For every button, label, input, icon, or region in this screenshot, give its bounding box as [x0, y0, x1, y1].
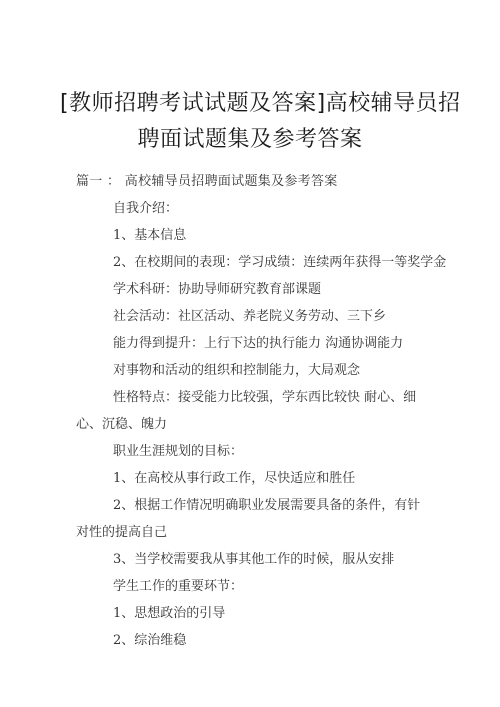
paragraph: 2、综治维稳 — [76, 627, 426, 654]
paragraph: 社会活动：社区活动、养老院义务劳动、三下乡 — [76, 303, 426, 330]
paragraph: 学生工作的重要环节： — [76, 573, 426, 600]
paragraph: 对事物和活动的组织和控制能力，大局观念 — [76, 357, 426, 384]
section-heading: 篇一 ： 高校辅导员招聘面试题集及参考答案 — [76, 168, 426, 195]
paragraph: 1、思想政治的引导 — [76, 600, 426, 627]
document-body: 篇一 ： 高校辅导员招聘面试题集及参考答案 自我介绍： 1、基本信息 2、在校期… — [76, 168, 426, 654]
paragraph: 2、在校期间的表现：学习成绩：连续两年获得一等奖学金 — [76, 249, 426, 276]
paragraph: 性格特点：接受能力比较强，学东西比较快 耐心、细心、沉稳、魄力 — [76, 384, 426, 438]
paragraph: 职业生涯规划的目标： — [76, 438, 426, 465]
document-page: [教师招聘考试试题及答案]高校辅导员招 聘面试题集及参考答案 篇一 ： 高校辅导… — [0, 0, 500, 707]
paragraph: 2、根据工作情况明确职业发展需要具备的条件，有针对性的提高自己 — [76, 492, 426, 546]
paragraph: 3、当学校需要我从事其他工作的时候，服从安排 — [76, 546, 426, 573]
paragraph: 自我介绍： — [76, 195, 426, 222]
paragraph: 1、在高校从事行政工作，尽快适应和胜任 — [76, 465, 426, 492]
title-line-2: 聘面试题集及参考答案 — [60, 122, 440, 158]
title-line-1: [教师招聘考试试题及答案]高校辅导员招 — [60, 86, 440, 122]
paragraph: 学术科研：协助导师研究教育部课题 — [76, 276, 426, 303]
paragraph: 1、基本信息 — [76, 222, 426, 249]
paragraph: 能力得到提升：上行下达的执行能力 沟通协调能力 — [76, 330, 426, 357]
document-title: [教师招聘考试试题及答案]高校辅导员招 聘面试题集及参考答案 — [60, 86, 440, 158]
